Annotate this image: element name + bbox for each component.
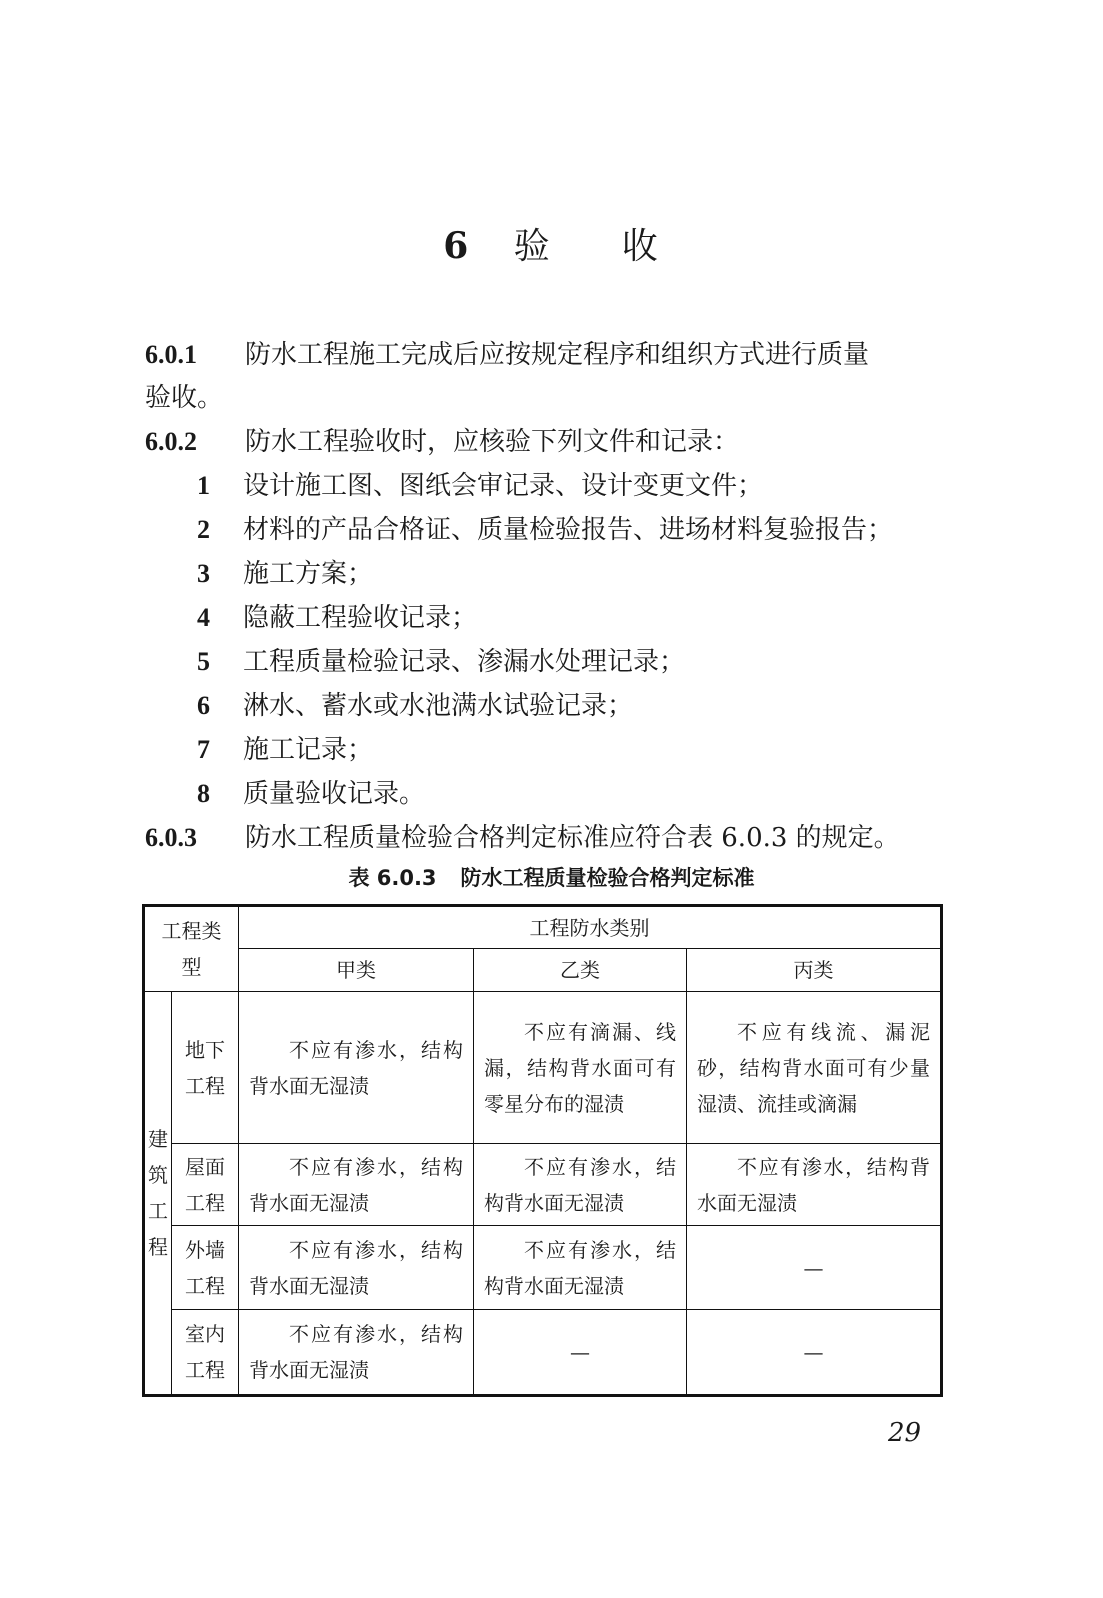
item-text: 施工记录； (243, 735, 373, 765)
row-type: 室内工程 (172, 1310, 239, 1396)
item-number: 5 (197, 640, 243, 683)
clause-text: 防水工程验收时，应核验下列文件和记录： (245, 427, 739, 457)
cell-class-b: 不应有渗水，结构背水面无湿渍 (474, 1144, 687, 1226)
group-char: 筑 (145, 1157, 171, 1193)
group-char: 工 (145, 1193, 171, 1229)
table-header-row: 工程类型 工程防水类别 (144, 906, 942, 949)
item-text: 工程质量检验记录、渗漏水处理记录； (243, 647, 685, 677)
item-text: 隐蔽工程验收记录； (243, 603, 477, 633)
item-text: 设计施工图、图纸会审记录、设计变更文件； (243, 471, 763, 501)
item-text: 淋水、蓄水或水池满水试验记录； (243, 691, 633, 721)
cell-class-c: — (687, 1310, 942, 1396)
cell-class-c: — (687, 1226, 942, 1310)
list-item: 5工程质量检验记录、渗漏水处理记录； (145, 640, 945, 684)
body-text: 6.0.1防水工程施工完成后应按规定程序和组织方式进行质量 验收。 6.0.2防… (145, 333, 945, 860)
header-waterproof-category: 工程防水类别 (239, 906, 942, 949)
header-project-type: 工程类型 (144, 906, 239, 992)
header-class-b: 乙类 (474, 949, 687, 992)
table-row: 建 筑 工 程 地下工程 不应有渗水，结构背水面无湿渍 不应有滴漏、线漏，结构背… (144, 992, 942, 1144)
cell-class-b: 不应有渗水，结构背水面无湿渍 (474, 1226, 687, 1310)
group-char: 程 (145, 1229, 171, 1265)
item-number: 1 (197, 464, 243, 507)
row-type: 地下工程 (172, 992, 239, 1144)
table-title: 防水工程质量检验合格判定标准 (461, 866, 755, 890)
item-number: 2 (197, 508, 243, 551)
list-item: 7施工记录； (145, 728, 945, 772)
clause-6-0-1: 6.0.1防水工程施工完成后应按规定程序和组织方式进行质量 (145, 333, 945, 377)
cell-class-b: 不应有滴漏、线漏，结构背水面可有零星分布的湿渍 (474, 992, 687, 1144)
row-type-line: 工程 (176, 1068, 234, 1104)
row-type: 屋面工程 (172, 1144, 239, 1226)
row-type-line: 地下 (176, 1032, 234, 1068)
row-type-line: 工程 (176, 1352, 234, 1388)
table-row: 屋面工程 不应有渗水，结构背水面无湿渍 不应有渗水，结构背水面无湿渍 不应有渗水… (144, 1144, 942, 1226)
cell-class-a: 不应有渗水，结构背水面无湿渍 (239, 1310, 474, 1396)
row-type-line: 工程 (176, 1268, 234, 1304)
chapter-title: 6 验收 (0, 218, 1103, 269)
list-item: 2材料的产品合格证、质量检验报告、进场材料复验报告； (145, 508, 945, 552)
item-number: 8 (197, 772, 243, 815)
page-number: 29 (888, 1418, 921, 1448)
chapter-title-part2: 收 (622, 226, 660, 267)
chapter-title-part1: 验 (514, 226, 552, 267)
item-text: 质量验收记录。 (243, 779, 425, 809)
item-text: 材料的产品合格证、质量检验报告、进场材料复验报告； (243, 515, 893, 545)
row-type: 外墙工程 (172, 1226, 239, 1310)
item-number: 3 (197, 552, 243, 595)
cell-class-c: 不应有渗水，结构背水面无湿渍 (687, 1144, 942, 1226)
row-type-line: 工程 (176, 1185, 234, 1221)
cell-class-a: 不应有渗水，结构背水面无湿渍 (239, 1226, 474, 1310)
header-class-a: 甲类 (239, 949, 474, 992)
item-number: 4 (197, 596, 243, 639)
cell-class-a: 不应有渗水，结构背水面无湿渍 (239, 1144, 474, 1226)
clause-text: 防水工程施工完成后应按规定程序和组织方式进行质量 (245, 340, 869, 370)
clause-6-0-2: 6.0.2防水工程验收时，应核验下列文件和记录： (145, 420, 945, 464)
list-item: 3施工方案； (145, 552, 945, 596)
list-item: 4隐蔽工程验收记录； (145, 596, 945, 640)
cell-class-a: 不应有渗水，结构背水面无湿渍 (239, 992, 474, 1144)
clause-number: 6.0.3 (145, 816, 245, 859)
item-number: 7 (197, 728, 243, 771)
acceptance-criteria-table: 工程类型 工程防水类别 甲类 乙类 丙类 建 筑 工 程 地下工程 不应有渗水，… (142, 904, 943, 1397)
cell-class-b: — (474, 1310, 687, 1396)
clause-continuation: 验收。 (145, 377, 945, 420)
table-row: 室内工程 不应有渗水，结构背水面无湿渍 — — (144, 1310, 942, 1396)
clause-number: 6.0.1 (145, 333, 245, 376)
header-class-c: 丙类 (687, 949, 942, 992)
list-item: 1设计施工图、图纸会审记录、设计变更文件； (145, 464, 945, 508)
clause-text: 防水工程质量检验合格判定标准应符合表 6.0.3 的规定。 (245, 823, 900, 853)
group-char: 建 (145, 1121, 171, 1157)
cell-class-c: 不应有线流、漏泥砂，结构背水面可有少量湿渍、流挂或滴漏 (687, 992, 942, 1144)
item-number: 6 (197, 684, 243, 727)
table-number: 表 6.0.3 (348, 866, 436, 890)
list-item: 6淋水、蓄水或水池满水试验记录； (145, 684, 945, 728)
clause-6-0-3: 6.0.3防水工程质量检验合格判定标准应符合表 6.0.3 的规定。 (145, 816, 945, 860)
row-type-line: 室内 (176, 1316, 234, 1352)
table-subheader-row: 甲类 乙类 丙类 (144, 949, 942, 992)
group-building-engineering: 建 筑 工 程 (144, 992, 172, 1396)
row-type-line: 屋面 (176, 1149, 234, 1185)
chapter-number: 6 (443, 225, 470, 267)
list-item: 8质量验收记录。 (145, 772, 945, 816)
table-row: 外墙工程 不应有渗水，结构背水面无湿渍 不应有渗水，结构背水面无湿渍 — (144, 1226, 942, 1310)
table-caption: 表 6.0.3防水工程质量检验合格判定标准 (0, 862, 1103, 892)
row-type-line: 外墙 (176, 1232, 234, 1268)
item-text: 施工方案； (243, 559, 373, 589)
clause-number: 6.0.2 (145, 420, 245, 463)
